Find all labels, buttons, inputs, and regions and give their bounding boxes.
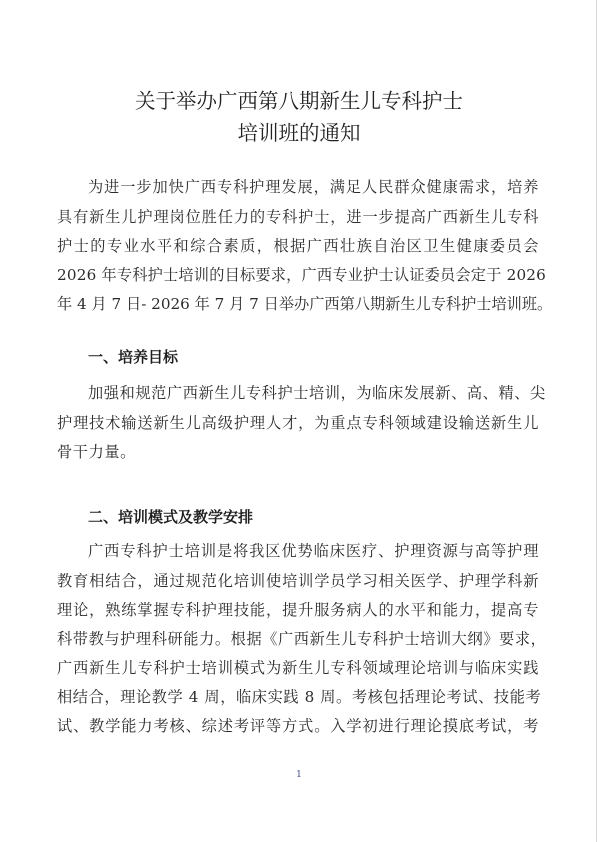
paragraph-3-line: 广西专科护士培训是将我区优势临床医疗、护理资源与高等护理 <box>88 541 539 561</box>
section-heading-training-goals: 一、培养目标 <box>88 347 178 367</box>
paragraph-3-line: 理论，熟练掌握专科护理技能，提升服务病人的水平和能力，提高专 <box>57 600 539 620</box>
paragraph-1-line: 护士的专业水平和综合素质，根据广西壮族自治区卫生健康委员会 <box>57 236 539 256</box>
paragraph-3-line: 教育相结合，通过规范化培训使培训学员学习相关医学、护理学科新 <box>57 571 539 591</box>
paragraph-3-line: 科带教与护理科研能力。根据《广西新生儿专科护士培训大纲》要求， <box>57 629 539 649</box>
document-title-line-1: 关于举办广西第八期新生儿专科护士 <box>0 89 598 113</box>
paragraph-3-line: 广西新生儿专科护士培训模式为新生儿专科领域理论培训与临床实践 <box>57 658 539 678</box>
paragraph-2-line: 护理技术输送新生儿高级护理人才，为重点专科领域建设输送新生儿 <box>57 413 539 433</box>
document-title-line-2: 培训班的通知 <box>0 121 598 145</box>
paragraph-3-line: 试、教学能力考核、综述考评等方式。入学初进行理论摸底考试，考 <box>57 716 539 736</box>
paragraph-1-line: 年 4 月 7 日- 2026 年 7 月 7 日举办广西第八期新生儿专科护士培… <box>57 294 539 314</box>
section-heading-training-mode: 二、培训模式及教学安排 <box>88 507 253 527</box>
page-number: 1 <box>295 768 303 782</box>
paragraph-1-line: 为进一步加快广西专科护理发展，满足人民群众健康需求，培养 <box>88 177 539 197</box>
paragraph-1-line: 具有新生儿护理岗位胜任力的专科护士，进一步提高广西新生儿专科 <box>57 207 539 227</box>
paragraph-2-line: 骨干力量。 <box>57 442 539 462</box>
paragraph-3-line: 相结合，理论教学 4 周，临床实践 8 周。考核包括理论考试、技能考 <box>57 687 539 707</box>
paragraph-2-line: 加强和规范广西新生儿专科护士培训，为临床发展新、高、精、尖 <box>88 383 539 403</box>
paragraph-1-line: 2026 年专科护士培训的目标要求，广西专业护士认证委员会定于 2026 <box>57 265 539 285</box>
